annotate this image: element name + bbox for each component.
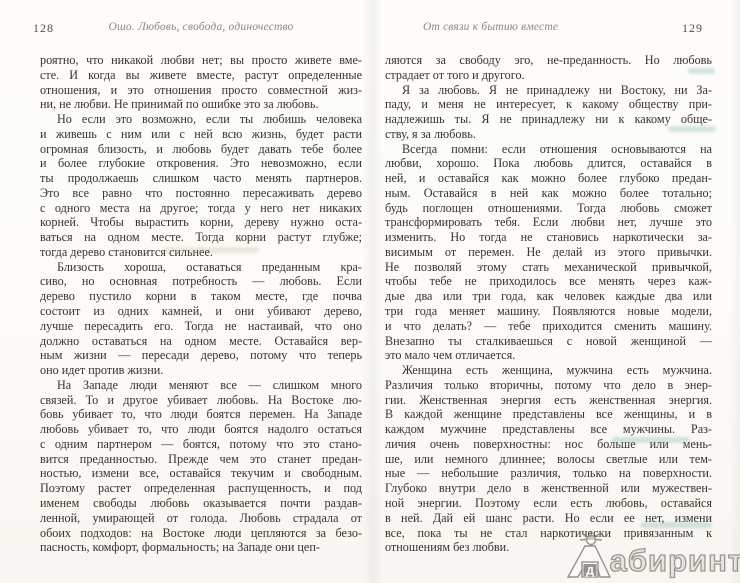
text-line: гии. Женственная энергия есть женственна… <box>385 393 712 408</box>
text-line: ностью, измени все, оставайся текучим и … <box>40 466 362 481</box>
text-line: Всегда помни: если отношения основываютс… <box>385 142 712 157</box>
text-line: любви, хорошо. Пока любовь длится, остав… <box>385 156 712 171</box>
text-line: трансформировать тебя. Если любви нет, л… <box>385 215 712 230</box>
page-right: От связи к бытию вместе 129 ляются за св… <box>385 21 712 555</box>
page-header-right: От связи к бытию вместе 129 <box>385 21 712 37</box>
running-title-right: От связи к бытию вместе <box>423 21 712 33</box>
text-line: надлежишь ты. Я не принадлежу ни к каком… <box>385 112 712 127</box>
text-line: обоих подходов: на Востоке люди цепляютс… <box>40 526 362 541</box>
page-left: 128 Ошо. Любовь, свобода, одиночество ро… <box>40 21 362 555</box>
text-line: Я за любовь. Я не принадлежу ни Востоку,… <box>385 83 712 98</box>
text-line: ляются за свободу эго, не-преданность. Н… <box>385 53 712 68</box>
text-line: Но если это возможно, если ты любишь чел… <box>40 112 362 127</box>
book-spread-scan: 128 Ошо. Любовь, свобода, одиночество ро… <box>0 0 740 583</box>
page-number-left: 128 <box>33 21 54 36</box>
text-line: огромная близость, и любовь будет давать… <box>40 142 362 157</box>
text-line: ные — небольшие различия, только на пове… <box>385 466 712 481</box>
svg-text:Д: Д <box>586 566 594 578</box>
text-line: ленной, умирающей от голода. Любовь стра… <box>40 511 362 526</box>
text-line: корней. Чтобы вырастить корни, дереву ну… <box>40 215 362 230</box>
text-line: оно идет против жизни. <box>40 363 362 378</box>
text-line: отношения, и это отношения просто совмес… <box>40 83 362 98</box>
text-line: ным. Оставайся в ней как можно более тот… <box>385 186 712 201</box>
text-line: Близость хороша, оставаться преданным кр… <box>40 260 362 275</box>
text-line: В каждой женщине представлены все женщин… <box>385 407 712 422</box>
text-line: связей. То и другое убивает любовь. На В… <box>40 393 362 408</box>
text-line: состоит из одних камней, и они убивают д… <box>40 304 362 319</box>
text-line: ству, я за любовь. <box>385 127 712 142</box>
text-line: должно оставаться на одном месте. Остава… <box>40 334 362 349</box>
text-line: На Западе люди меняют все — слишком мног… <box>40 378 362 393</box>
text-line: будь поглощен отношениями. Тогда любовь … <box>385 201 712 216</box>
text-line: сте. И когда вы живете вместе, растут оп… <box>40 68 362 83</box>
text-line: с одного места на другое; тогда у него н… <box>40 201 362 216</box>
text-line: и живешь с ним или с ней всю жизнь, буде… <box>40 127 362 142</box>
text-line: ни, не любви. Не принимай по ошибке это … <box>40 97 362 112</box>
running-title-left: Ошо. Любовь, свобода, одиночество <box>40 21 362 33</box>
text-line: Не позволяй этому стать механической при… <box>385 260 712 275</box>
page-body-right: ляются за свободу эго, не-преданность. Н… <box>385 53 712 555</box>
labirint-watermark-text: абиринт <box>610 546 740 576</box>
text-line: паду, и меня не интересует, к какому общ… <box>385 97 712 112</box>
text-line: три года меняет машину. Появляются новые… <box>385 304 712 319</box>
labirint-watermark: Д абиринт <box>562 529 740 581</box>
text-line: это мало чем отличается. <box>385 348 712 363</box>
text-line: ной энергии. Поэтому если есть любовь, о… <box>385 496 712 511</box>
text-line: ты продолжаешь слишком часто менять парт… <box>40 171 362 186</box>
text-line: страдает от того и другого. <box>385 68 712 83</box>
text-line: с одним партнером — боятся, потому что э… <box>40 437 362 452</box>
book-spine <box>362 0 382 583</box>
text-line: тогда дерево становится сильнее. <box>40 245 362 260</box>
text-line: каждом мужчине представлены все мужчины.… <box>385 422 712 437</box>
text-line: ней, и оставайся как можно более глубоко… <box>385 171 712 186</box>
text-line: висимым от перемен. Не делай из этого пр… <box>385 245 712 260</box>
text-line: лучше пересадить его. Тогда не настаивай… <box>40 319 362 334</box>
page-header-left: 128 Ошо. Любовь, свобода, одиночество <box>40 21 362 37</box>
page-number-right: 129 <box>682 21 703 36</box>
text-line: личия очень поверхностны: нос больше или… <box>385 437 712 452</box>
text-line: любовь убивает то, что люди боятся надол… <box>40 422 362 437</box>
text-line: Это все равно что постоянно пересаживать… <box>40 186 362 201</box>
page-body-left: роятно, что никакой любви нет; вы просто… <box>40 53 362 555</box>
text-line: вится преданностью. Прежде чем это стане… <box>40 452 362 467</box>
text-line: Поэтому растет определенная распущенност… <box>40 481 362 496</box>
text-line: ным жизни — пересади дерево, потому что … <box>40 348 362 363</box>
text-line: Глубоко внутри дело в женственной или му… <box>385 481 712 496</box>
text-line: изменить. Но тогда не становись наркотич… <box>385 230 712 245</box>
text-line: бовь убивает то, что люди боятся перемен… <box>40 407 362 422</box>
text-line: пасность, комфорт, формальность; на Запа… <box>40 540 362 555</box>
text-line: и что делать? — тебе приходится сменить … <box>385 319 712 334</box>
text-line: сиво, но основная потребность — любовь. … <box>40 274 362 289</box>
text-line: чтобы тебе не приходилось все менять чер… <box>385 274 712 289</box>
text-line: дые два или три года, как человек каждые… <box>385 289 712 304</box>
text-line: Различия только вторичны, потому что дел… <box>385 378 712 393</box>
text-line: именем свободы любовь оказывается почти … <box>40 496 362 511</box>
text-line: Женщина есть женщина, мужчина есть мужчи… <box>385 363 712 378</box>
text-line: в ней. Дай ей шанс расти. Но если ее нет… <box>385 511 712 526</box>
page-edge-shading <box>730 0 740 583</box>
text-line: ваться на одном месте. Тогда корни расту… <box>40 230 362 245</box>
text-line: роятно, что никакой любви нет; вы просто… <box>40 53 362 68</box>
text-line: дерево пустило корни в таком месте, где … <box>40 289 362 304</box>
text-line: Внезапно ты сталкиваешься с новой женщин… <box>385 334 712 349</box>
text-line: ше, или немного длиннее; волосы светлые … <box>385 452 712 467</box>
labirint-logo-icon: Д <box>562 529 614 581</box>
text-line: и более глубокие откровения. Это невозмо… <box>40 156 362 171</box>
